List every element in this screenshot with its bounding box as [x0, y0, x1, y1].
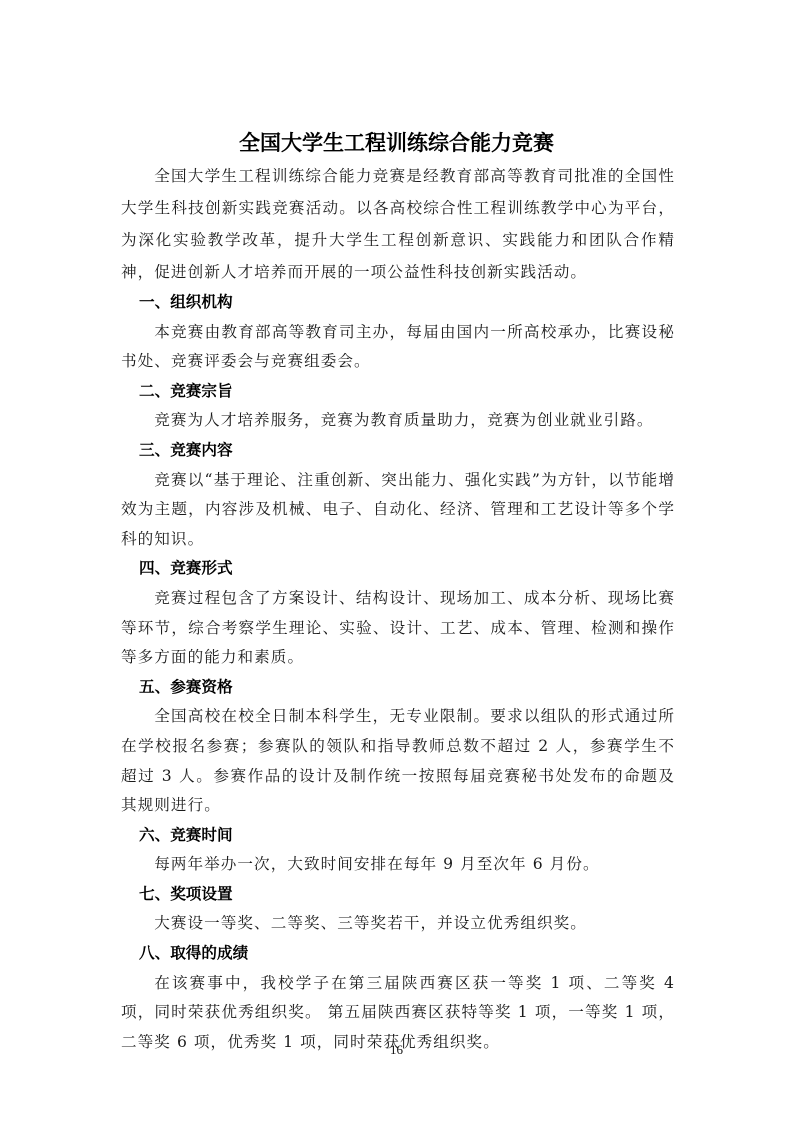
section-heading: 三、竞赛内容: [121, 436, 675, 466]
section-heading: 七、奖项设置: [121, 880, 675, 910]
section-paragraph: 竞赛过程包含了方案设计、结构设计、现场加工、成本分析、现场比赛等环节，综合考察学…: [121, 584, 675, 673]
section-heading: 五、参赛资格: [121, 673, 675, 703]
intro-paragraph: 全国大学生工程训练综合能力竞赛是经教育部高等教育司批准的全国性大学生科技创新实践…: [121, 160, 675, 288]
section-paragraph: 每两年举办一次，大致时间安排在每年 9 月至次年 6 月份。: [121, 850, 675, 880]
section-heading: 六、竞赛时间: [121, 821, 675, 851]
section-awards: 七、奖项设置 大赛设一等奖、二等奖、三等奖若干，并设立优秀组织奖。: [121, 880, 675, 939]
document-body: 全国大学生工程训练综合能力竞赛是经教育部高等教育司批准的全国性大学生科技创新实践…: [121, 160, 675, 1057]
section-heading: 一、组织机构: [121, 288, 675, 318]
section-purpose: 二、竞赛宗旨 竞赛为人才培养服务，竞赛为教育质量助力，竞赛为创业就业引路。: [121, 377, 675, 436]
section-heading: 八、取得的成绩: [121, 939, 675, 969]
section-heading: 二、竞赛宗旨: [121, 377, 675, 407]
section-paragraph: 本竞赛由教育部高等教育司主办，每届由国内一所高校承办，比赛设秘书处、竞赛评委会与…: [121, 318, 675, 377]
section-eligibility: 五、参赛资格 全国高校在校全日制本科学生，无专业限制。要求以组队的形式通过所在学…: [121, 673, 675, 821]
section-schedule: 六、竞赛时间 每两年举办一次，大致时间安排在每年 9 月至次年 6 月份。: [121, 821, 675, 880]
page-number: 16: [0, 1040, 793, 1060]
section-paragraph: 竞赛为人才培养服务，竞赛为教育质量助力，竞赛为创业就业引路。: [121, 406, 675, 436]
section-paragraph: 全国高校在校全日制本科学生，无专业限制。要求以组队的形式通过所在学校报名参赛；参…: [121, 702, 675, 820]
section-organization: 一、组织机构 本竞赛由教育部高等教育司主办，每届由国内一所高校承办，比赛设秘书处…: [121, 288, 675, 377]
section-paragraph: 竞赛以“基于理论、注重创新、突出能力、强化实践”为方针，以节能增效为主题，内容涉…: [121, 466, 675, 555]
document-page: 全国大学生工程训练综合能力竞赛 全国大学生工程训练综合能力竞赛是经教育部高等教育…: [0, 0, 793, 1122]
section-paragraph: 大赛设一等奖、二等奖、三等奖若干，并设立优秀组织奖。: [121, 909, 675, 939]
section-heading: 四、竞赛形式: [121, 554, 675, 584]
section-content: 三、竞赛内容 竞赛以“基于理论、注重创新、突出能力、强化实践”为方针，以节能增效…: [121, 436, 675, 554]
section-format: 四、竞赛形式 竞赛过程包含了方案设计、结构设计、现场加工、成本分析、现场比赛等环…: [121, 554, 675, 672]
document-title: 全国大学生工程训练综合能力竞赛: [0, 127, 793, 159]
